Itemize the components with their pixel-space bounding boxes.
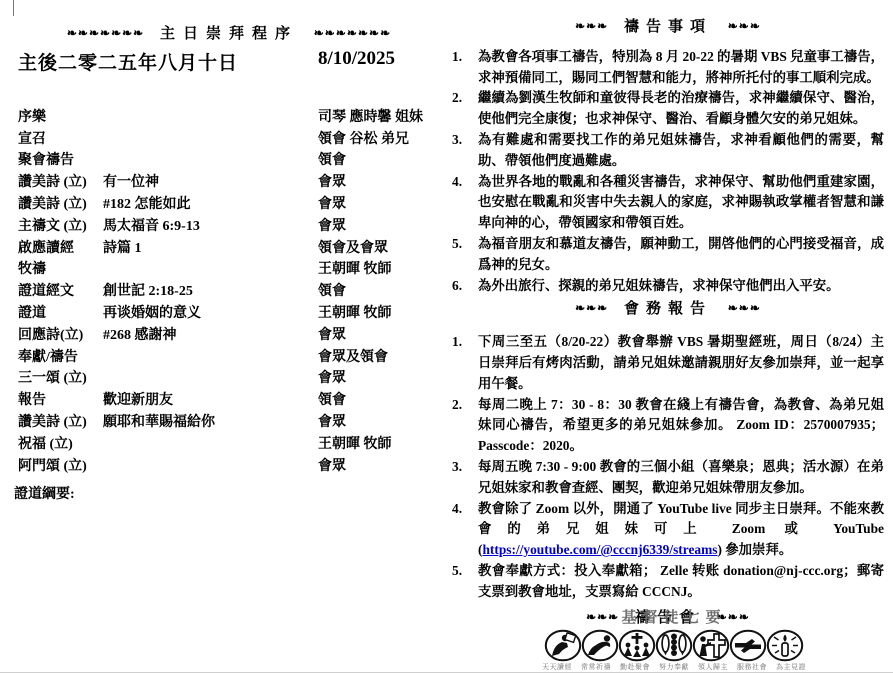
item-number: 3. (452, 130, 469, 172)
program-item-who: 領會 (318, 389, 438, 409)
report-item-text: 下周三至五（8/20-22）教會舉辦 VBS 暑期聖經班，周日（8/24）主日崇… (478, 332, 884, 394)
worship-program-table: 序樂司琴 應時馨 姐妹 宣召領會 谷松 弟兄 聚會禱告領會 讚美詩 (立)有一位… (18, 105, 438, 476)
prayer-items-title: 禱告事項 (624, 19, 712, 35)
prayer-item-text: 為外出旅行、探親的弟兄姐妹禱告，求神保守他們出入平安。 (478, 276, 884, 297)
report-item: 1.下周三至五（8/20-22）教會舉辦 VBS 暑期聖經班，周日（8/24）主… (452, 332, 884, 394)
program-item-label: 主禱文 (立) (18, 215, 103, 235)
essential-label: 服務社會 (733, 662, 772, 672)
church-report-title: 會務報告 (624, 301, 712, 317)
read-bible-icon (544, 629, 582, 662)
program-row: 宣召領會 谷松 弟兄 (18, 127, 438, 149)
program-item-who: 領會 谷松 弟兄 (318, 128, 438, 148)
ornament-right: ❧❧❧ (728, 19, 761, 33)
item-number: 1. (452, 47, 469, 89)
seven-essentials-icons (524, 629, 824, 662)
date-chinese: 主後二零二五年八月十日 (18, 48, 238, 75)
item-number: 2. (452, 395, 469, 457)
lead-to-christ-icon (692, 629, 730, 662)
report-item: 2.每周二晚上 7：30 - 8：30 教會在綫上有禱告會，為教會、為弟兄姐妹同… (452, 395, 884, 457)
serve-society-icon (729, 629, 767, 662)
item-number: 4. (452, 172, 469, 234)
program-item-content: 詩篇 1 (103, 237, 318, 257)
worship-order-title-line: ❧❧❧❧❧❧❧ 主日崇拜程序 ❧❧❧❧❧❧❧ (14, 22, 444, 43)
program-item-who: 領會 (318, 149, 438, 169)
program-item-who: 領會及會眾 (318, 237, 438, 257)
program-item-label: 證道經文 (18, 280, 103, 300)
program-item-who: 會眾及領會 (318, 346, 438, 366)
program-row: 三一頌 (立)會眾 (18, 367, 438, 389)
program-row: 序樂司琴 應時馨 姐妹 (18, 105, 438, 127)
seven-essentials-title: 基督徒七要 (524, 606, 824, 627)
program-row: 主禱文 (立)馬太福音 6:9-13會眾 (18, 214, 438, 236)
sermon-outline-label: 證道綱要: (14, 483, 75, 503)
program-item-label: 阿門頌 (立) (18, 455, 103, 475)
program-item-who: 會眾 (318, 367, 438, 387)
program-item-label: 讚美詩 (立) (18, 193, 103, 213)
ornament-right: ❧❧❧❧❧❧❧ (314, 26, 391, 40)
program-item-content: #182 怎能如此 (103, 193, 318, 213)
prayer-item: 2.繼續為劉漢生牧師和童彼得長老的治療禱告，求神繼續保守、醫治，使他們完全康復；… (452, 88, 884, 130)
program-row: 證道再谈婚姻的意义王朝暉 牧師 (18, 301, 438, 323)
essential-label: 領人歸主 (694, 662, 733, 672)
ornament-left: ❧❧❧ (575, 301, 608, 315)
attend-church-icon (618, 629, 656, 662)
essential-label: 努力奉獻 (655, 662, 694, 672)
program-item-who: 王朝暉 牧師 (318, 433, 438, 453)
pray-icon (581, 629, 619, 662)
ornament-left: ❧❧❧ (575, 19, 608, 33)
church-report-list: 1.下周三至五（8/20-22）教會舉辦 VBS 暑期聖經班，周日（8/24）主… (452, 332, 884, 602)
program-item-who: 會眾 (318, 455, 438, 475)
seven-essentials-labels: 天天讀經 常常祈禱 勤赴聚會 努力奉獻 領人歸主 服務社會 為主見證 (524, 662, 824, 672)
essential-label: 天天讀經 (538, 662, 577, 672)
prayer-items-list: 1.為教會各項事工禱告，特別為 8 月 20-22 的暑期 VBS 兒童事工禱告… (452, 47, 884, 297)
program-item-label: 三一頌 (立) (18, 367, 103, 387)
prayer-item-text: 為教會各項事工禱告，特別為 8 月 20-22 的暑期 VBS 兒童事工禱告，求… (478, 47, 884, 89)
item-number: 5. (452, 234, 469, 276)
bulletin-page: ❧❧❧❧❧❧❧ 主日崇拜程序 ❧❧❧❧❧❧❧ 主後二零二五年八月十日 8/10/… (0, 0, 893, 673)
prayer-item: 5.為福音朋友和慕道友禱告，願神動工，開啓他們的心門接受福音，成爲神的兒女。 (452, 234, 884, 276)
prayer-item: 6.為外出旅行、探親的弟兄姐妹禱告，求神保守他們出入平安。 (452, 276, 884, 297)
prayer-item: 3.為有難處和需要找工作的弟兄姐妹禱告，求神看顧他們的需要，幫助、帶領他們度過難… (452, 130, 884, 172)
program-item-label: 證道 (18, 302, 103, 322)
program-item-label: 序樂 (18, 106, 103, 126)
church-report-title-line: ❧❧❧ 會務報告 ❧❧❧ (452, 298, 884, 320)
program-item-who: 領會 (318, 280, 438, 300)
program-item-label: 祝福 (立) (18, 433, 103, 453)
prayer-item-text: 為有難處和需要找工作的弟兄姐妹禱告，求神看顧他們的需要，幫助、帶領他們度過難處。 (478, 130, 884, 172)
program-item-who: 會眾 (318, 193, 438, 213)
essential-label: 常常祈禱 (577, 662, 616, 672)
report-item: 4.教會除了 Zoom 以外，開通了 YouTube live 同步主日崇拜。不… (452, 499, 884, 561)
program-row: 牧禱王朝暉 牧師 (18, 258, 438, 280)
report-item-text: 教會奉獻方式：投入奉獻箱； Zelle 转账 donation@nj-ccc.o… (478, 561, 884, 603)
witness-candle-icon (766, 629, 804, 662)
item-number: 1. (452, 332, 469, 394)
program-item-who: 會眾 (318, 411, 438, 431)
program-item-label: 讚美詩 (立) (18, 171, 103, 191)
program-item-label: 讚美詩 (立) (18, 411, 103, 431)
prayer-item: 1.為教會各項事工禱告，特別為 8 月 20-22 的暑期 VBS 兒童事工禱告… (452, 47, 884, 89)
report-item-text: 每周五晚 7:30 - 9:00 教會的三個小組（喜樂泉；恩典；活水源）在弟兄姐… (478, 457, 884, 499)
report-item-text-post: ) 參加崇拜。 (717, 542, 792, 557)
program-item-content: 馬太福音 6:9-13 (103, 215, 318, 235)
essential-label: 為主見證 (772, 662, 811, 672)
worship-order-title: 主日崇拜程序 (160, 26, 298, 42)
seven-essentials-block: 基督徒七要 (524, 606, 824, 672)
program-item-content: 有一位神 (103, 171, 318, 191)
program-item-content: #268 感謝神 (103, 324, 318, 344)
item-number: 6. (452, 276, 469, 297)
program-row: 證道經文創世記 2:18-25領會 (18, 279, 438, 301)
essential-label: 勤赴聚會 (616, 662, 655, 672)
item-number: 4. (452, 499, 469, 561)
program-row: 回應詩(立)#268 感謝神會眾 (18, 323, 438, 345)
program-item-label: 奉獻/禱告 (18, 346, 103, 366)
program-item-label: 聚會禱告 (18, 149, 103, 169)
program-item-who: 會眾 (318, 215, 438, 235)
program-item-label: 報告 (18, 389, 103, 409)
program-item-label: 回應詩(立) (18, 324, 103, 344)
program-item-who: 王朝暉 牧師 (318, 302, 438, 322)
ornament-right: ❧❧❧ (728, 301, 761, 315)
program-item-label: 啟應讀經 (18, 237, 103, 257)
program-row: 讚美詩 (立)願耶和華賜福給你會眾 (18, 410, 438, 432)
prayer-item: 4.為世界各地的戰亂和各種災害禱告，求神保守、幫助他們重建家園，也安慰在戰亂和災… (452, 172, 884, 234)
right-column: ❧❧❧ 禱告事項 ❧❧❧ 1.為教會各項事工禱告，特別為 8 月 20-22 的… (452, 16, 884, 628)
prayer-item-text: 為世界各地的戰亂和各種災害禱告，求神保守、幫助他們重建家園，也安慰在戰亂和災害中… (478, 172, 884, 234)
program-item-content: 歡迎新朋友 (103, 389, 318, 409)
program-item-content: 再谈婚姻的意义 (103, 302, 318, 322)
prayer-item-text: 為福音朋友和慕道友禱告，願神動工，開啓他們的心門接受福音，成爲神的兒女。 (478, 234, 884, 276)
report-item-text: 教會除了 Zoom 以外，開通了 YouTube live 同步主日崇拜。不能來… (478, 499, 884, 561)
program-item-content: 創世記 2:18-25 (103, 280, 318, 300)
program-item-label: 宣召 (18, 128, 103, 148)
youtube-link[interactable]: https://youtube.com/@cccnj6339/streams (482, 542, 717, 557)
date-numeric: 8/10/2025 (318, 48, 395, 70)
program-row: 讚美詩 (立)#182 怎能如此會眾 (18, 192, 438, 214)
program-row: 奉獻/禱告會眾及領會 (18, 345, 438, 367)
program-item-who: 司琴 應時馨 姐妹 (318, 106, 438, 126)
program-row: 祝福 (立)王朝暉 牧師 (18, 432, 438, 454)
ornament-left: ❧❧❧❧❧❧❧ (67, 26, 144, 40)
prayer-item-text: 繼續為劉漢生牧師和童彼得長老的治療禱告，求神繼續保守、醫治，使他們完全康復；也求… (478, 88, 884, 130)
report-item: 3.每周五晚 7:30 - 9:00 教會的三個小組（喜樂泉；恩典；活水源）在弟… (452, 457, 884, 499)
prayer-items-title-line: ❧❧❧ 禱告事項 ❧❧❧ (452, 16, 884, 38)
item-number: 3. (452, 457, 469, 499)
program-row: 聚會禱告領會 (18, 149, 438, 171)
report-item: 5.教會奉獻方式：投入奉獻箱； Zelle 转账 donation@nj-ccc… (452, 561, 884, 603)
cursor-mark (13, 0, 14, 16)
program-item-label: 牧禱 (18, 258, 103, 278)
item-number: 2. (452, 88, 469, 130)
program-item-who: 會眾 (318, 324, 438, 344)
program-item-who: 會眾 (318, 171, 438, 191)
item-number: 5. (452, 561, 469, 603)
program-row: 啟應讀經詩篇 1領會及會眾 (18, 236, 438, 258)
report-item-text: 每周二晚上 7：30 - 8：30 教會在綫上有禱告會，為教會、為弟兄姐妹同心禱… (478, 395, 884, 457)
offering-loaves-fish-icon (655, 629, 693, 662)
program-row: 報告歡迎新朋友領會 (18, 388, 438, 410)
program-row: 讚美詩 (立)有一位神會眾 (18, 170, 438, 192)
program-item-content: 願耶和華賜福給你 (103, 411, 318, 431)
program-item-who: 王朝暉 牧師 (318, 258, 438, 278)
program-row: 阿門頌 (立)會眾 (18, 454, 438, 476)
